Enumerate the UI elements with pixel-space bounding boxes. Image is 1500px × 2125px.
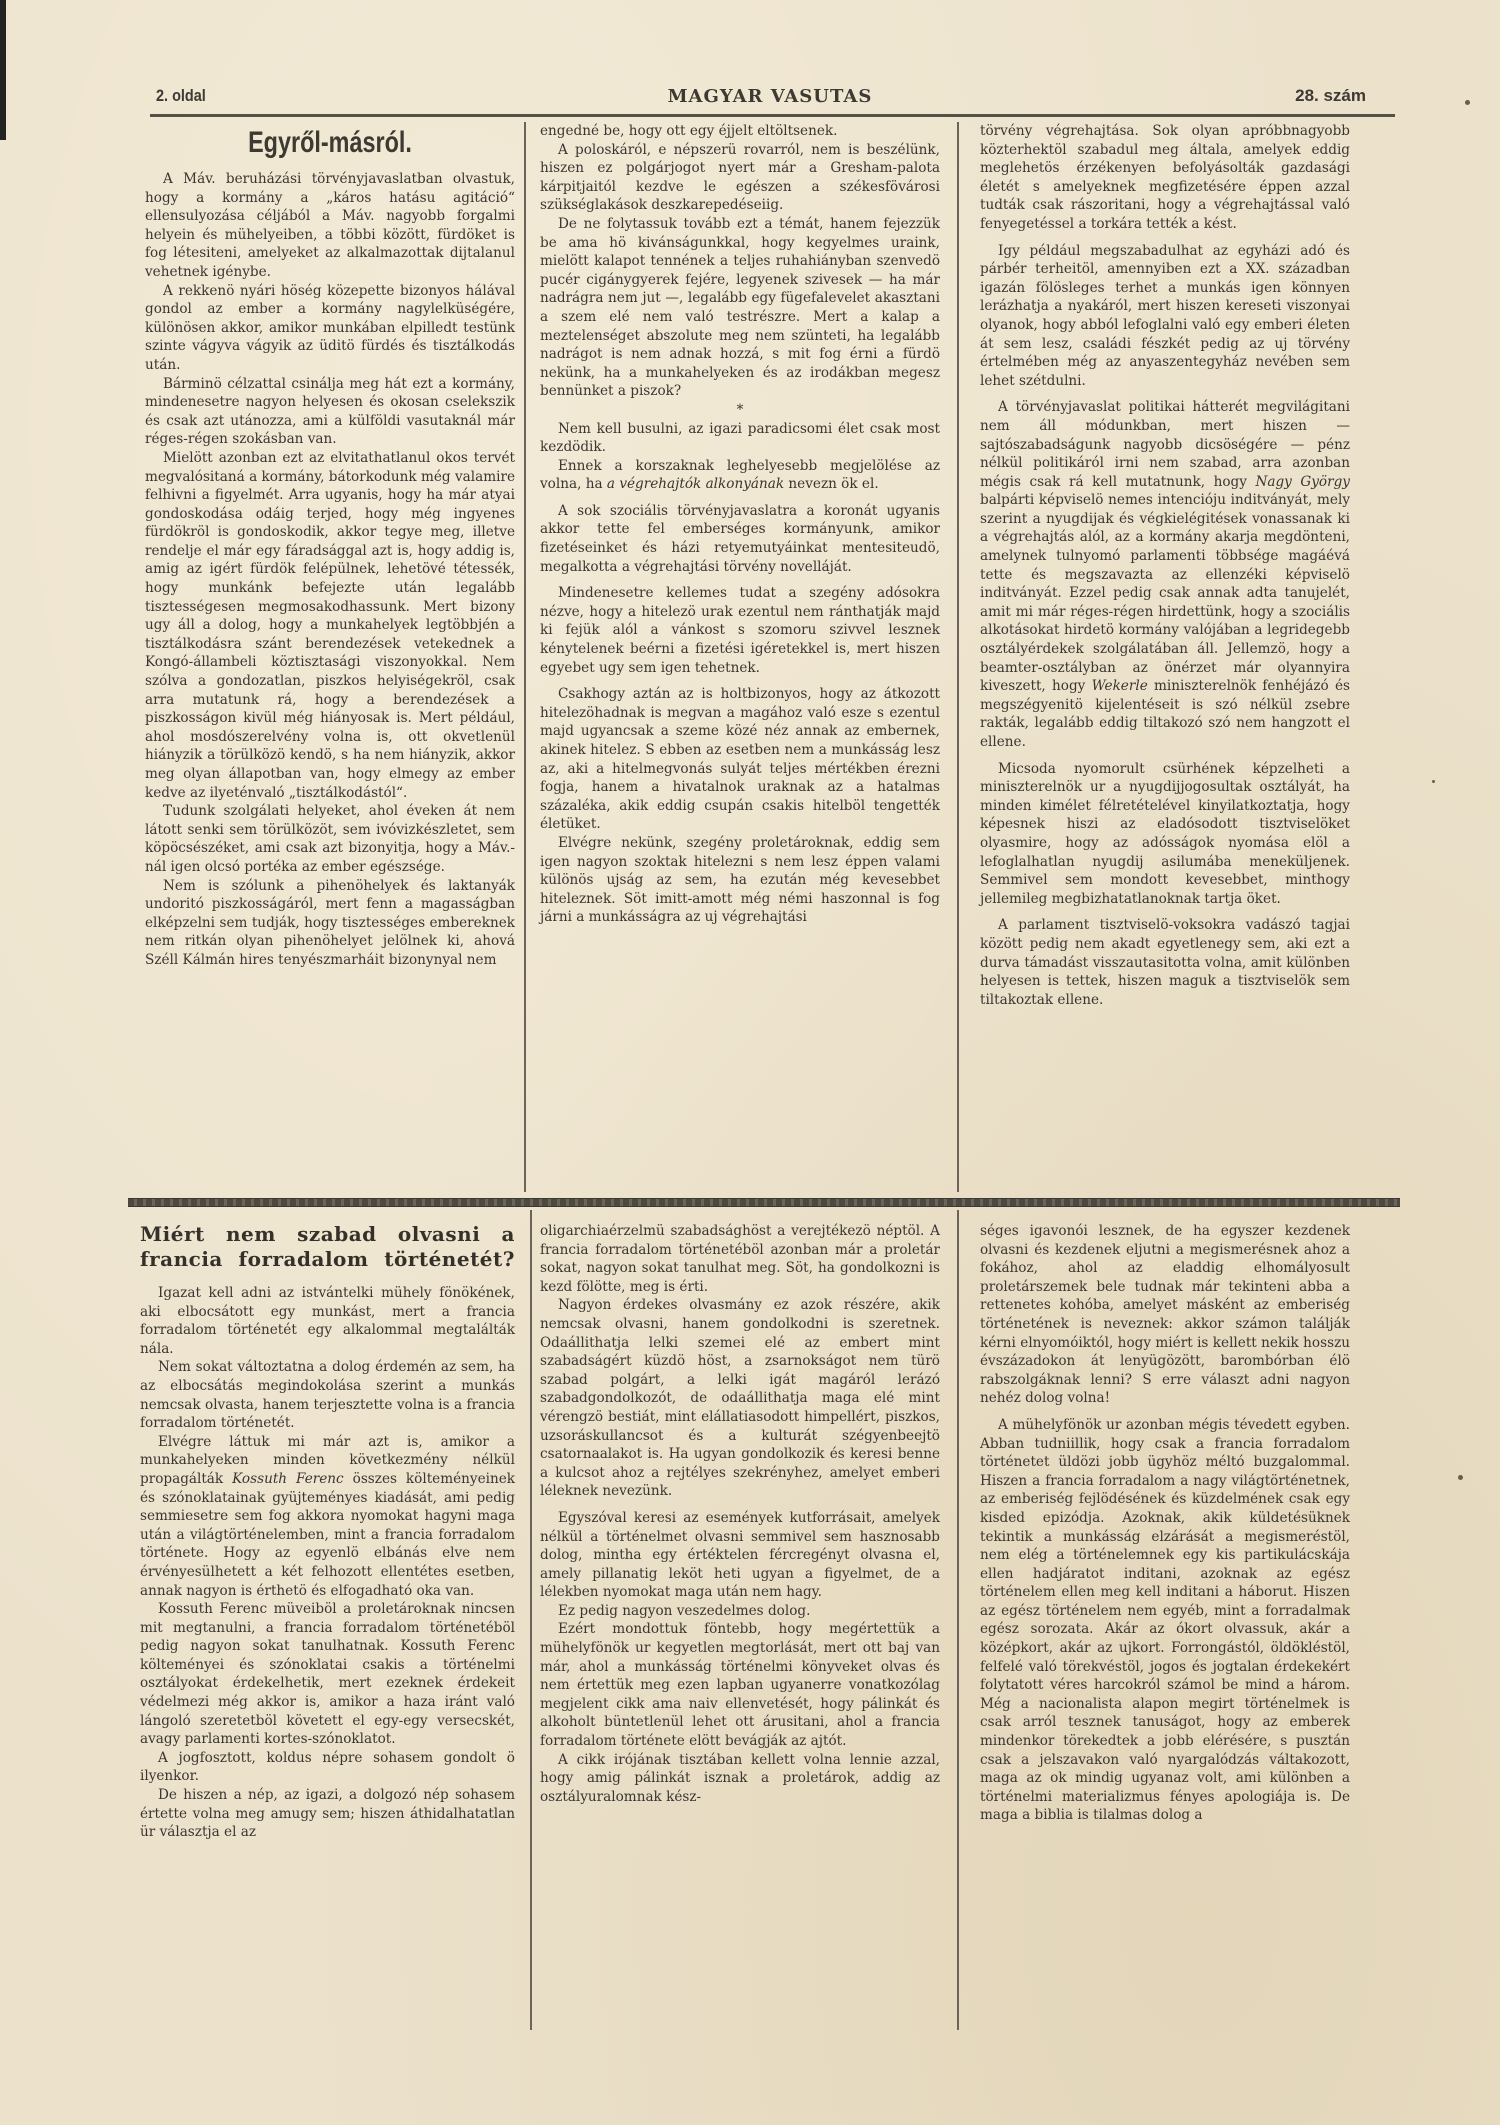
paragraph: Igazat kell adni az istvántelki mühely f… (140, 1284, 515, 1358)
newspaper-page: 2. oldal MAGYAR VASUTAS 28. szám Egyről-… (0, 0, 1500, 2125)
person-name: Nagy György (1255, 474, 1350, 490)
article-separator (128, 1198, 1400, 1207)
paragraph: A Máv. beruházási törvényjavaslatban olv… (145, 170, 515, 282)
paragraph: A poloskáról, e népszerü rovarról, nem i… (540, 141, 940, 215)
paragraph: Mielött azonban ezt az elvitathatlanul o… (145, 449, 515, 802)
scan-edge (0, 0, 6, 140)
paper-speck (1432, 780, 1435, 783)
header-rule (150, 114, 1395, 117)
paragraph: A rekkenö nyári höség közepette bizonyos… (145, 282, 515, 375)
paragraph: Kossuth Ferenc müveiböl a proletároknak … (140, 1600, 515, 1749)
paragraph: Micsoda nyomorult csürhének képzelheti a… (980, 760, 1350, 909)
paragraph: A jogfosztott, koldus népre sohasem gond… (140, 1749, 515, 1786)
article2-column-2: oligarchiaérzelmü szabadsághöst a verejt… (540, 1222, 940, 1806)
person-name: Wekerle (1092, 678, 1148, 694)
paper-speck (1465, 100, 1470, 105)
paragraph: Nem sokat változtatna a dolog érdemén az… (140, 1358, 515, 1432)
column-rule (957, 122, 959, 1192)
page-header: 2. oldal MAGYAR VASUTAS 28. szám (150, 86, 1390, 112)
paragraph: Elvégre nekünk, szegény proletároknak, e… (540, 834, 940, 927)
paragraph: Csakhogy aztán az is holtbizonyos, hogy … (540, 685, 940, 834)
paragraph: Nem is szólunk a pihenöhelyek és laktany… (145, 877, 515, 970)
article1-title: Egyről-másról. (186, 126, 475, 160)
paragraph: Mindenesetre kellemes tudat a szegény ad… (540, 584, 940, 677)
paragraph: A parlament tisztviselö-voksokra vadászó… (980, 916, 1350, 1009)
column-rule (524, 122, 526, 1192)
article1-column-2: engedné be, hogy ott egy éjjelt eltöltse… (540, 122, 940, 927)
article2-column-3: séges igavonói lesznek, de ha egyszer ke… (980, 1222, 1350, 1825)
paragraph: A cikk irójának tisztában kellett volna … (540, 1751, 940, 1807)
paragraph: Elvégre láttuk mi már azt is, amikor a m… (140, 1433, 515, 1600)
paragraph: A törvényjavaslat politikai hátterét meg… (980, 398, 1350, 751)
person-name: Kossuth Ferenc (232, 1471, 344, 1487)
paragraph: Egyszóval keresi az események kutforrása… (540, 1509, 940, 1602)
paragraph: Nagyon érdekes olvasmány ez azok részére… (540, 1296, 940, 1501)
masthead: MAGYAR VASUTAS (150, 86, 1390, 107)
paragraph: Nem kell busulni, az igazi paradicsomi é… (540, 420, 940, 457)
paragraph: A sok szociális törvényjavaslatra a koro… (540, 502, 940, 576)
paper-speck (1458, 1475, 1463, 1480)
text-run: nevezn ök el. (788, 476, 878, 492)
article1-column-1: Egyről-másról. A Máv. beruházási törvény… (145, 122, 515, 970)
column-rule (530, 1210, 532, 2030)
article2-column-1: Miért nem szabad olvasni a francia forra… (140, 1222, 515, 1842)
paragraph: törvény végrehajtása. Sok olyan apróbbna… (980, 122, 1350, 234)
paragraph: Ennek a korszaknak leghelyesebb megjelöl… (540, 457, 940, 494)
paragraph: De ne folytassuk tovább ezt a témát, han… (540, 215, 940, 401)
text-run: balpárti képviselö nemes intencióju indi… (980, 492, 1350, 694)
paragraph: A mühelyfönök ur azonban mégis tévedett … (980, 1416, 1350, 1825)
article1-column-3: törvény végrehajtása. Sok olyan apróbbna… (980, 122, 1350, 1009)
paragraph: Bárminö célzattal csinálja meg hát ezt a… (145, 375, 515, 449)
section-divider-asterisk: * (540, 401, 940, 420)
paragraph: De hiszen a nép, az igazi, a dolgozó nép… (140, 1786, 515, 1842)
paragraph: Tudunk szolgálati helyeket, ahol éveken … (145, 802, 515, 876)
article2-title: Miért nem szabad olvasni a francia forra… (140, 1222, 515, 1272)
paragraph: Ezért mondottuk föntebb, hogy megértettü… (540, 1620, 940, 1750)
paragraph: Ez pedig nagyon veszedelmes dolog. (540, 1602, 940, 1621)
paragraph: séges igavonói lesznek, de ha egyszer ke… (980, 1222, 1350, 1408)
emphasis: a végrehajtók alkonyának (607, 476, 784, 492)
paragraph: Igy például megszabadulhat az egyházi ad… (980, 242, 1350, 391)
paragraph: oligarchiaérzelmü szabadsághöst a verejt… (540, 1222, 940, 1296)
column-rule (957, 1210, 959, 2030)
paragraph: engedné be, hogy ott egy éjjelt eltöltse… (540, 122, 940, 141)
text-run: összes költeményeinek és szónoklatainak … (140, 1471, 515, 1599)
issue-number: 28. szám (1295, 86, 1366, 106)
